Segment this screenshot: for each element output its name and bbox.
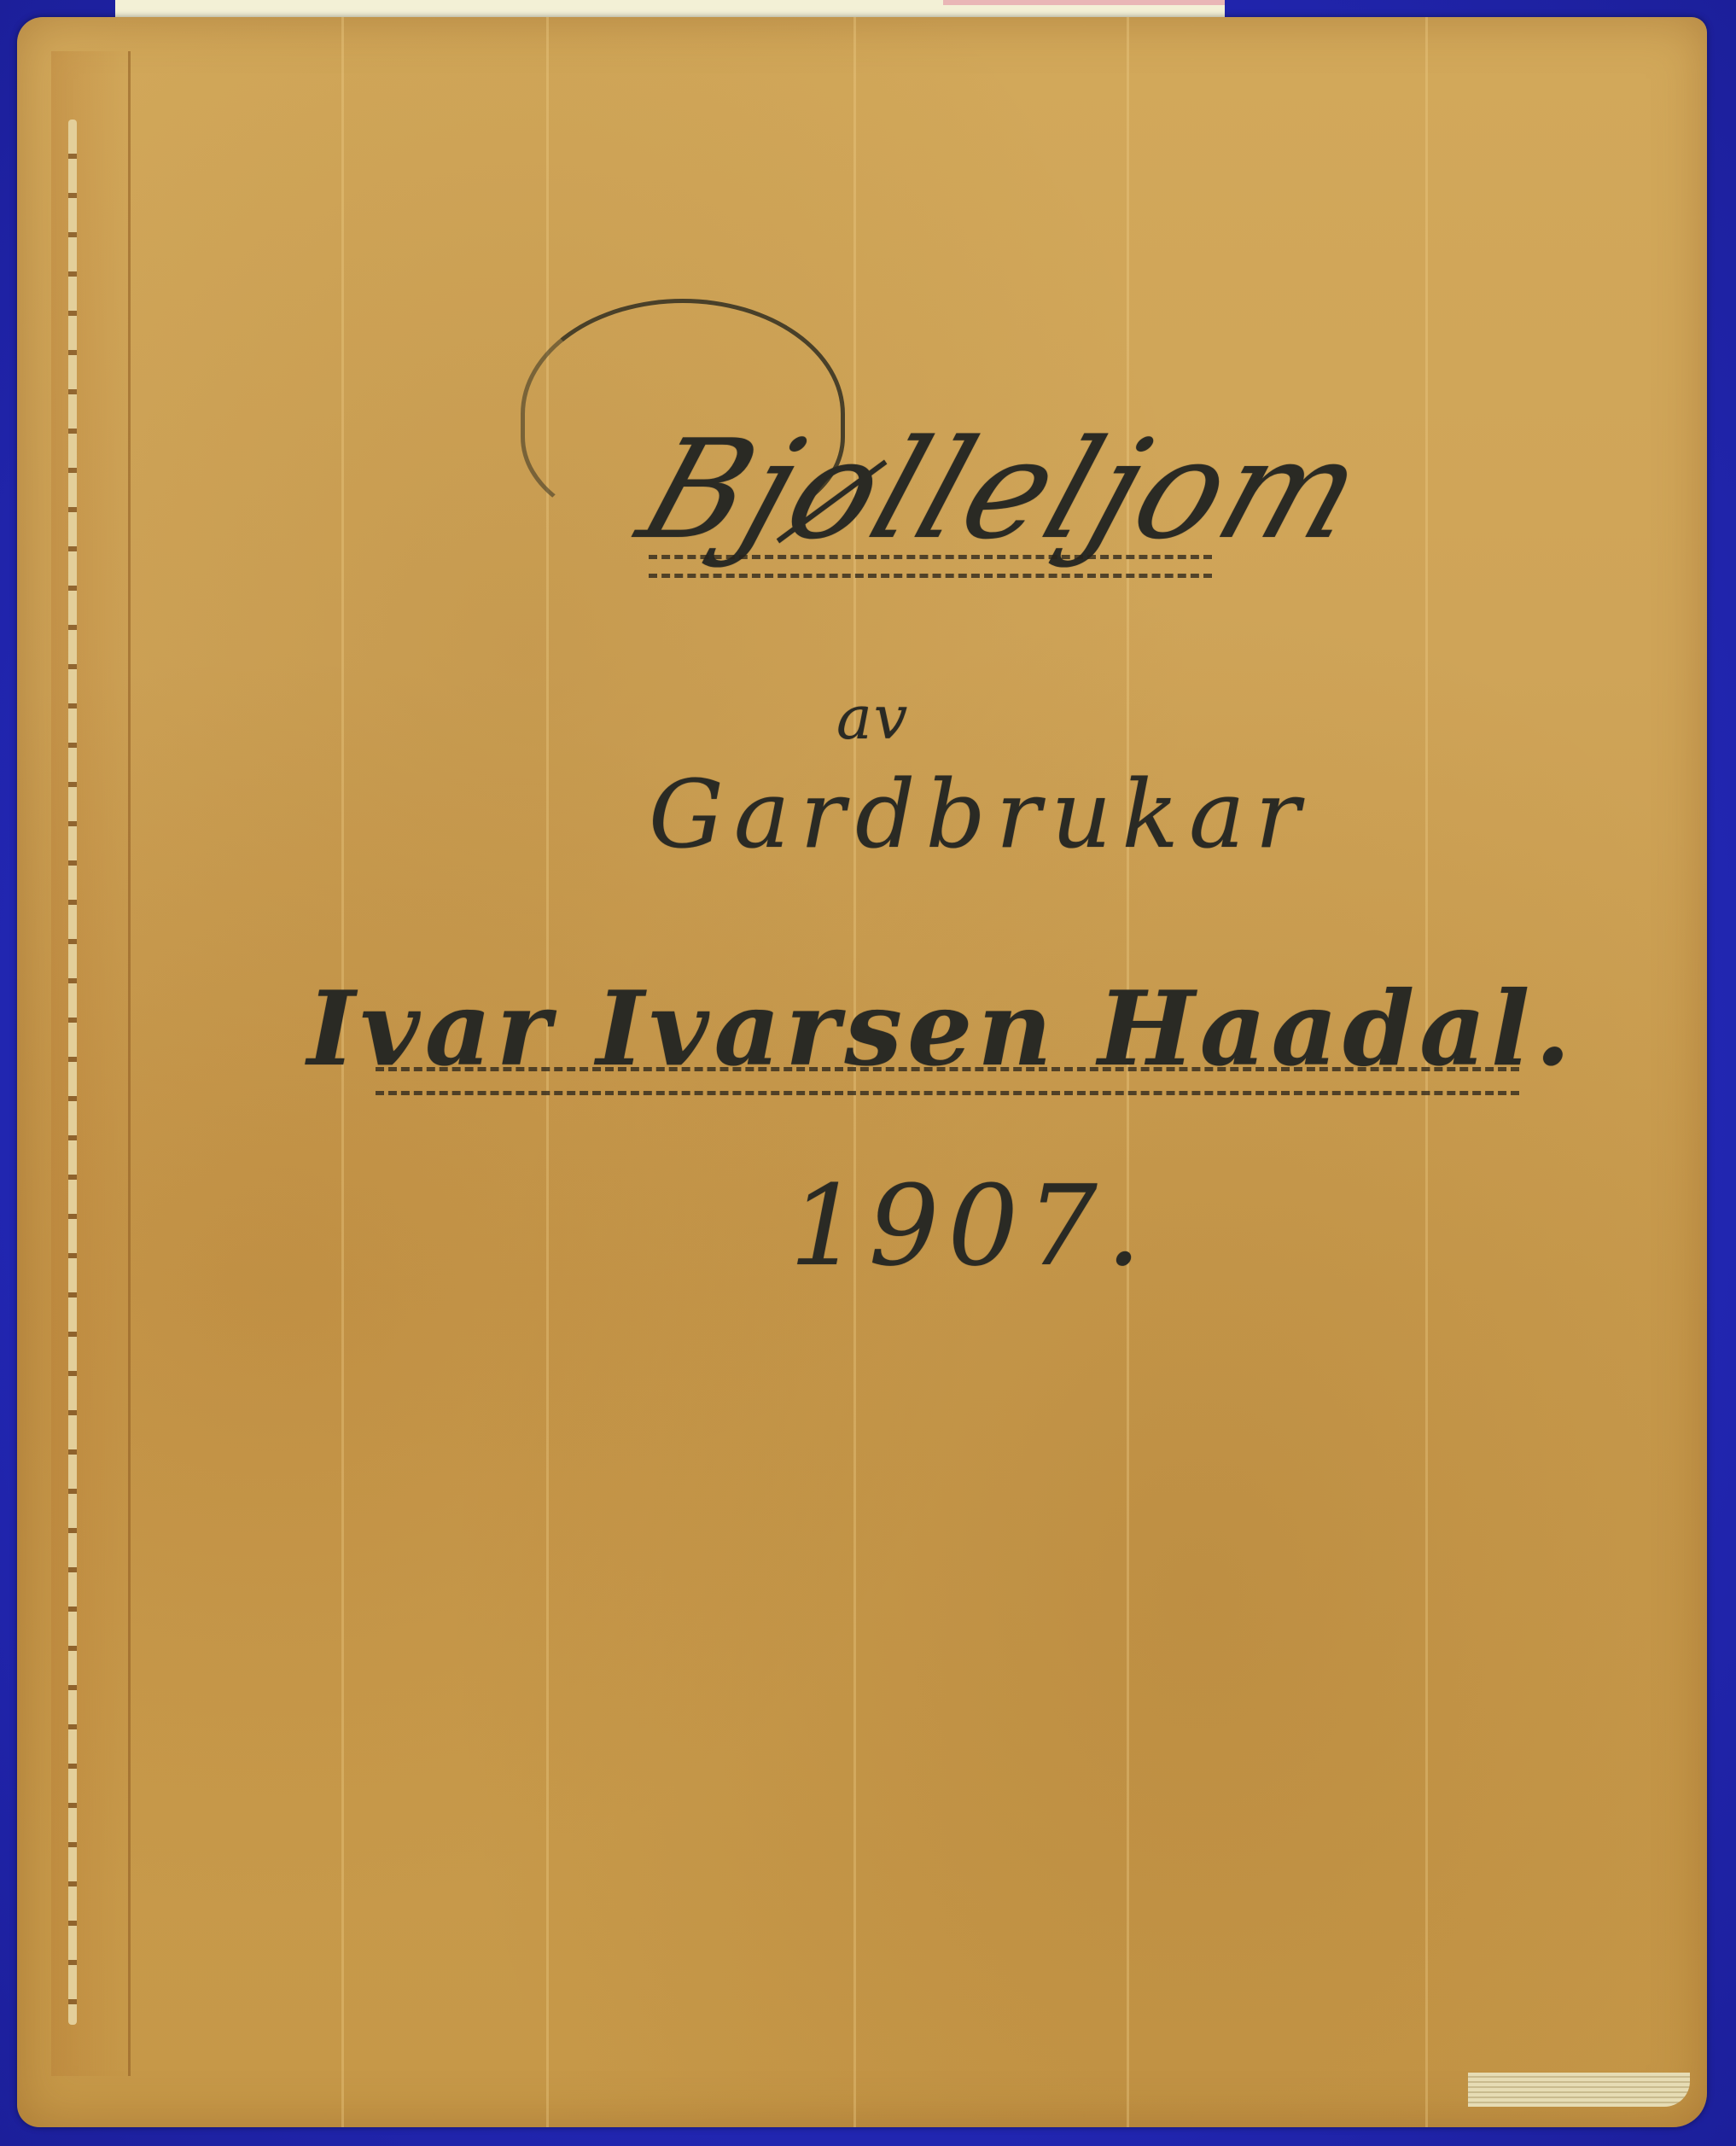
title-underline [649,555,1212,559]
paper-label-strip [115,0,1225,19]
name-underline [376,1091,1519,1095]
title-underline [649,574,1212,578]
book-spine [51,51,131,2076]
year: 1907. [789,1161,1150,1291]
pages-edge [1468,2073,1690,2107]
binding-stitch [68,120,77,2025]
pink-label-edge [943,0,1225,5]
occupation: Gardbrukar [649,760,1310,869]
byline: av [836,683,909,753]
name-underline [376,1067,1519,1071]
title: Bjølleljom [623,410,1383,569]
